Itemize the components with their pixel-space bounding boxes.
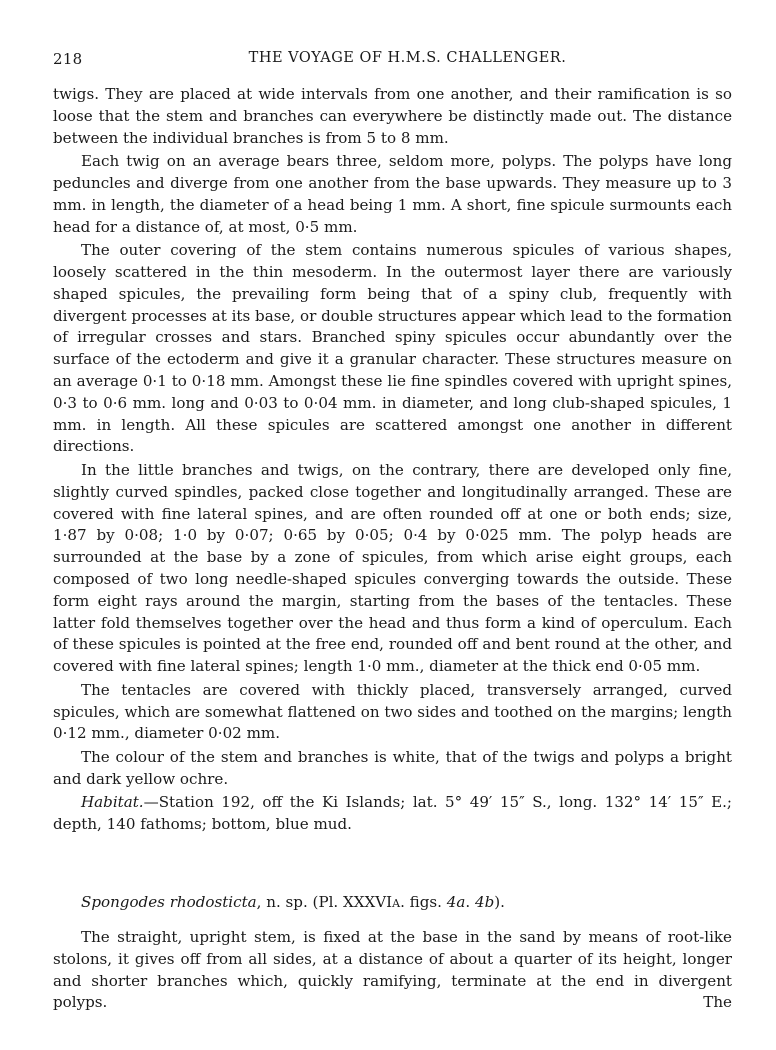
figs-prefix: . figs. [400,893,447,911]
paragraph-polyps: Each twig on an average bears three, sel… [53,151,732,238]
running-title: THE VOYAGE OF H.M.S. CHALLENGER. [53,50,732,66]
species-heading: Spongodes rhodosticta, n. sp. (Pl. XXXVI… [81,893,505,911]
paragraph-outer-covering: The outer covering of the stem contains … [53,240,732,458]
figure-a: 4a [447,893,466,911]
plate-reference: , n. sp. (Pl. XXXVIA. figs. 4a. 4b). [257,893,505,911]
paragraph-colour: The colour of the stem and branches is w… [53,747,732,791]
species-name: Spongodes rhodosticta [81,893,257,911]
habitat-label: Habitat. [81,793,144,811]
plate-suffix: A [392,897,400,910]
paragraph-continued: twigs. They are placed at wide intervals… [53,84,732,149]
figure-b: 4b [475,893,494,911]
species-designation: , n. sp. (Pl. XXXVI [257,893,392,911]
paragraph-stem-description: The straight, upright stem, is fixed at … [53,927,732,1014]
species-description: The straight, upright stem, is fixed at … [53,927,732,1014]
paragraph-habitat: Habitat.—Station 192, off the Ki Islands… [53,792,732,836]
figure-separator: . [465,893,475,911]
running-head: 218 THE VOYAGE OF H.M.S. CHALLENGER. [53,50,732,70]
paragraph-tentacles: The tentacles are covered with thickly p… [53,680,732,745]
plate-ref-close: ). [494,893,505,911]
paragraph-branches-twigs: In the little branches and twigs, on the… [53,460,732,678]
body-text: twigs. They are placed at wide intervals… [53,84,732,836]
habitat-text: —Station 192, off the Ki Islands; lat. 5… [53,793,732,833]
